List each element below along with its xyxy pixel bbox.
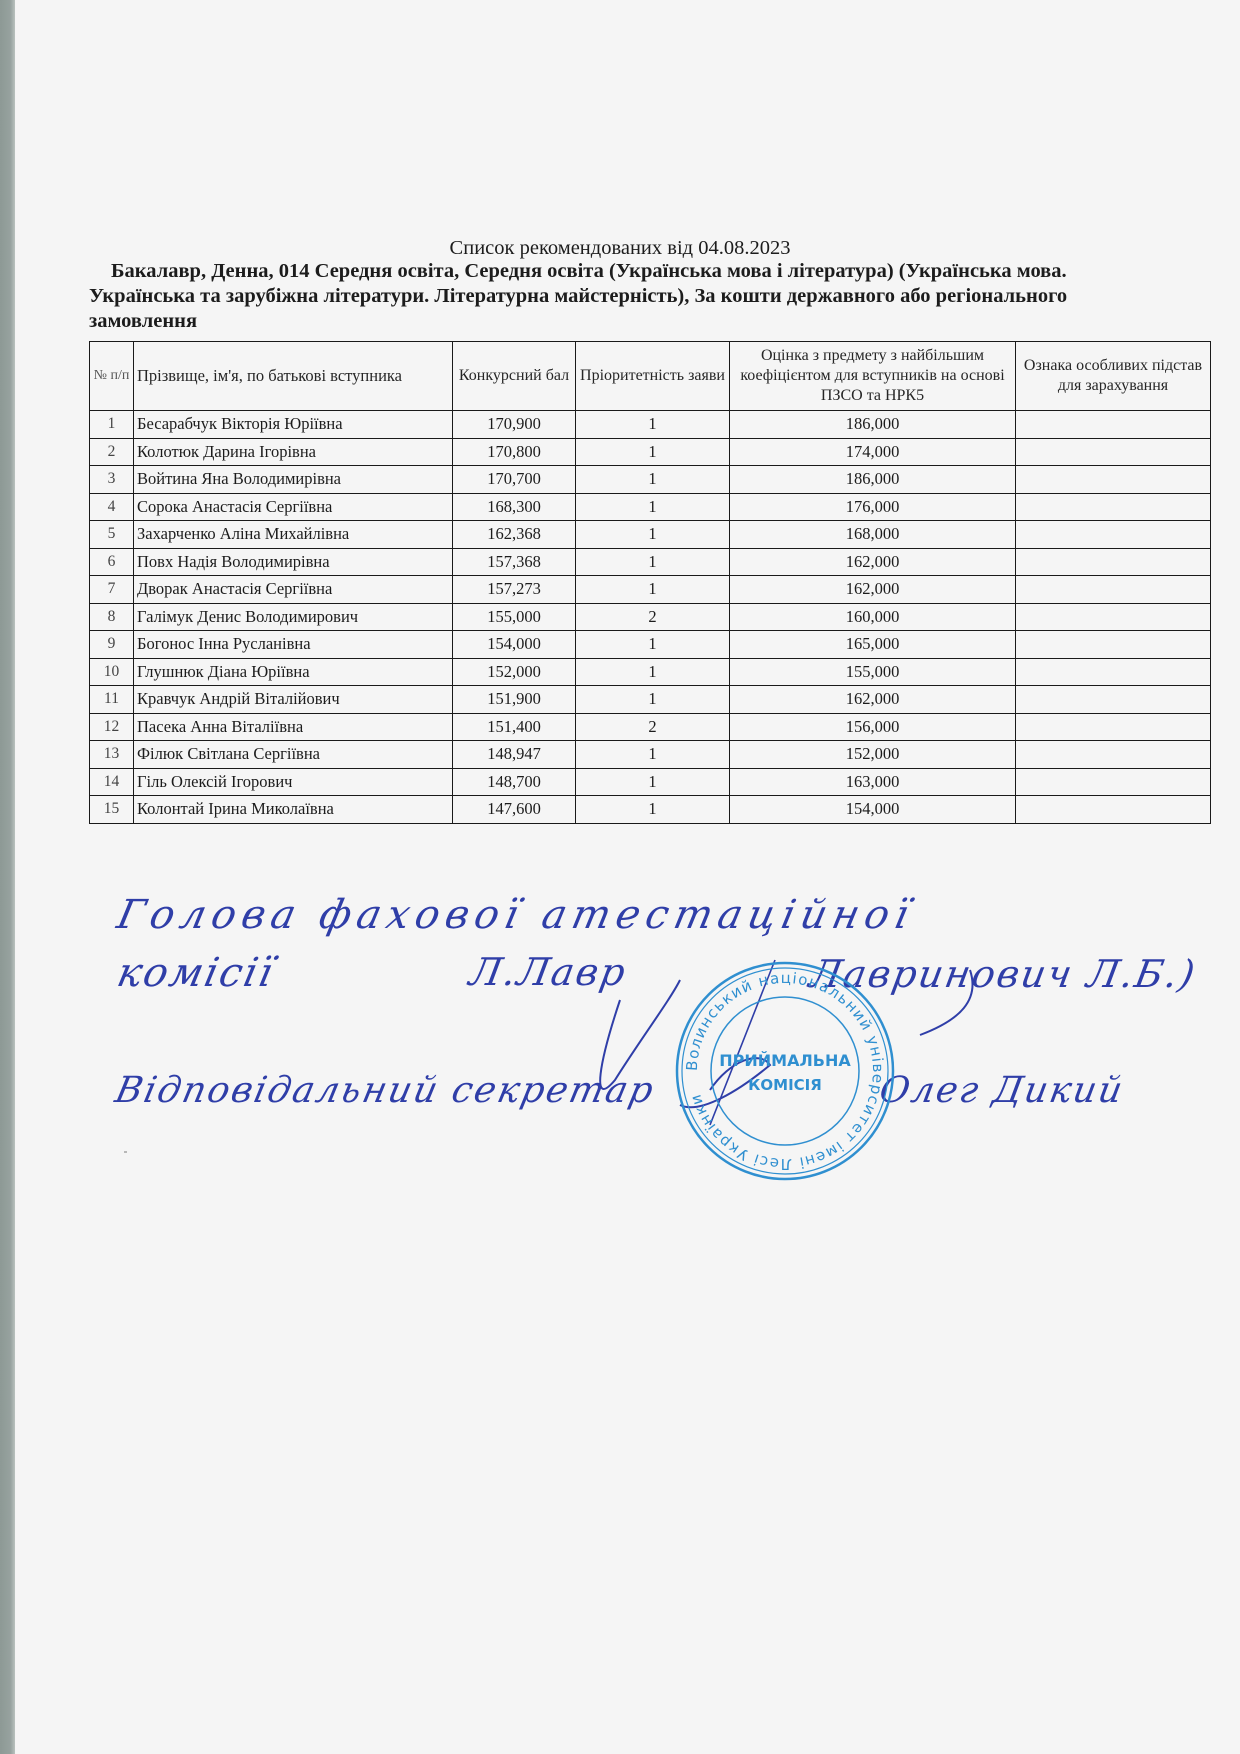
- cell-number: 11: [90, 686, 134, 714]
- cell-priority: 1: [576, 631, 730, 659]
- cell-subject-score: 162,000: [730, 576, 1016, 604]
- cell-score: 152,000: [453, 658, 576, 686]
- cell-priority: 1: [576, 658, 730, 686]
- cell-special-grounds: [1016, 603, 1211, 631]
- table-row: 2Колотюк Дарина Ігорівна170,8001174,000: [90, 438, 1211, 466]
- cell-number: 1: [90, 411, 134, 439]
- cell-priority: 1: [576, 438, 730, 466]
- cell-number: 2: [90, 438, 134, 466]
- cell-name: Богонос Інна Русланівна: [134, 631, 453, 659]
- cell-priority: 1: [576, 493, 730, 521]
- cell-subject-score: 160,000: [730, 603, 1016, 631]
- cell-name: Захарченко Аліна Михайлівна: [134, 521, 453, 549]
- cell-subject-score: 162,000: [730, 686, 1016, 714]
- cell-special-grounds: [1016, 768, 1211, 796]
- header-name: Прізвище, ім'я, по батькові вступника: [134, 342, 453, 411]
- table-row: 15Колонтай Ірина Миколаївна147,6001154,0…: [90, 796, 1211, 824]
- cell-number: 13: [90, 741, 134, 769]
- cell-priority: 1: [576, 768, 730, 796]
- cell-priority: 1: [576, 411, 730, 439]
- cell-score: 162,368: [453, 521, 576, 549]
- cell-score: 151,400: [453, 713, 576, 741]
- cell-name: Сорока Анастасія Сергіївна: [134, 493, 453, 521]
- cell-score: 155,000: [453, 603, 576, 631]
- table-row: 5Захарченко Аліна Михайлівна162,3681168,…: [90, 521, 1211, 549]
- table-row: 8Галімук Денис Володимирович155,0002160,…: [90, 603, 1211, 631]
- secretary-name: Олег Дикий: [876, 1070, 1127, 1111]
- cell-special-grounds: [1016, 576, 1211, 604]
- cell-priority: 1: [576, 686, 730, 714]
- cell-subject-score: 156,000: [730, 713, 1016, 741]
- cell-priority: 1: [576, 548, 730, 576]
- cell-subject-score: 168,000: [730, 521, 1016, 549]
- cell-score: 148,700: [453, 768, 576, 796]
- cell-subject-score: 176,000: [730, 493, 1016, 521]
- handwritten-chair-title: Голова фахової атестаційної: [113, 892, 919, 938]
- cell-subject-score: 174,000: [730, 438, 1016, 466]
- header-score: Конкурсний бал: [453, 342, 576, 411]
- table-row: 10Глушнюк Діана Юріївна152,0001155,000: [90, 658, 1211, 686]
- cell-name: Гіль Олексій Ігорович: [134, 768, 453, 796]
- table-row: 14Гіль Олексій Ігорович148,7001163,000: [90, 768, 1211, 796]
- header-priority: Пріоритетність заяви: [576, 342, 730, 411]
- cell-priority: 1: [576, 741, 730, 769]
- cell-special-grounds: [1016, 466, 1211, 494]
- chair-signature: Л.Лавр: [466, 950, 630, 994]
- handwritten-commission-word: комісії: [113, 950, 279, 996]
- cell-name: Колотюк Дарина Ігорівна: [134, 438, 453, 466]
- header-number: № п/п: [90, 342, 134, 411]
- cell-special-grounds: [1016, 411, 1211, 439]
- cell-subject-score: 155,000: [730, 658, 1016, 686]
- cell-name: Дворак Анастасія Сергіївна: [134, 576, 453, 604]
- header-special-grounds: Ознака особливих підстав для зарахування: [1016, 342, 1211, 411]
- document-title: Список рекомендованих від 04.08.2023: [0, 236, 1240, 260]
- cell-special-grounds: [1016, 713, 1211, 741]
- cell-name: Колонтай Ірина Миколаївна: [134, 796, 453, 824]
- cell-subject-score: 162,000: [730, 548, 1016, 576]
- cell-priority: 1: [576, 466, 730, 494]
- table-row: 13Філюк Світлана Сергіївна148,9471152,00…: [90, 741, 1211, 769]
- cell-score: 170,800: [453, 438, 576, 466]
- cell-subject-score: 163,000: [730, 768, 1016, 796]
- cell-special-grounds: [1016, 741, 1211, 769]
- cell-subject-score: 154,000: [730, 796, 1016, 824]
- cell-name: Бесарабчук Вікторія Юріївна: [134, 411, 453, 439]
- cell-special-grounds: [1016, 658, 1211, 686]
- scan-artifact: [124, 1151, 127, 1153]
- table-row: 9Богонос Інна Русланівна154,0001165,000: [90, 631, 1211, 659]
- table-row: 6Повх Надія Володимирівна157,3681162,000: [90, 548, 1211, 576]
- cell-name: Пасека Анна Віталіївна: [134, 713, 453, 741]
- cell-subject-score: 186,000: [730, 466, 1016, 494]
- cell-name: Кравчук Андрій Віталійович: [134, 686, 453, 714]
- cell-number: 9: [90, 631, 134, 659]
- table-row: 1Бесарабчук Вікторія Юріївна170,9001186,…: [90, 411, 1211, 439]
- cell-score: 170,900: [453, 411, 576, 439]
- table-header-row: № п/п Прізвище, ім'я, по батькові вступн…: [90, 342, 1211, 411]
- svg-text:ПРИЙМАЛЬНА: ПРИЙМАЛЬНА: [719, 1051, 851, 1070]
- cell-priority: 2: [576, 713, 730, 741]
- cell-special-grounds: [1016, 631, 1211, 659]
- recommended-list-table: № п/п Прізвище, ім'я, по батькові вступн…: [89, 341, 1211, 824]
- cell-score: 157,368: [453, 548, 576, 576]
- cell-subject-score: 186,000: [730, 411, 1016, 439]
- cell-score: 157,273: [453, 576, 576, 604]
- cell-subject-score: 152,000: [730, 741, 1016, 769]
- cell-special-grounds: [1016, 438, 1211, 466]
- scanner-edge-strip: [0, 0, 15, 1754]
- cell-number: 15: [90, 796, 134, 824]
- cell-name: Глушнюк Діана Юріївна: [134, 658, 453, 686]
- svg-text:КОМІСІЯ: КОМІСІЯ: [748, 1076, 822, 1094]
- cell-special-grounds: [1016, 548, 1211, 576]
- admission-committee-stamp: Волинський національний університет імен…: [672, 958, 898, 1184]
- cell-number: 6: [90, 548, 134, 576]
- cell-name: Войтина Яна Володимирівна: [134, 466, 453, 494]
- cell-number: 7: [90, 576, 134, 604]
- cell-special-grounds: [1016, 521, 1211, 549]
- cell-name: Філюк Світлана Сергіївна: [134, 741, 453, 769]
- cell-priority: 1: [576, 576, 730, 604]
- cell-score: 148,947: [453, 741, 576, 769]
- cell-special-grounds: [1016, 796, 1211, 824]
- svg-text:Волинський національний універ: Волинський національний університет імен…: [683, 969, 887, 1173]
- cell-number: 12: [90, 713, 134, 741]
- table-body: 1Бесарабчук Вікторія Юріївна170,9001186,…: [90, 411, 1211, 824]
- cell-number: 10: [90, 658, 134, 686]
- cell-name: Повх Надія Володимирівна: [134, 548, 453, 576]
- cell-special-grounds: [1016, 493, 1211, 521]
- handwritten-secretary-title: Відповідальний секретар: [112, 1070, 659, 1111]
- table-row: 4Сорока Анастасія Сергіївна168,3001176,0…: [90, 493, 1211, 521]
- cell-score: 168,300: [453, 493, 576, 521]
- table-row: 3Войтина Яна Володимирівна170,7001186,00…: [90, 466, 1211, 494]
- cell-number: 5: [90, 521, 134, 549]
- cell-priority: 1: [576, 796, 730, 824]
- cell-subject-score: 165,000: [730, 631, 1016, 659]
- table-row: 7Дворак Анастасія Сергіївна157,2731162,0…: [90, 576, 1211, 604]
- cell-number: 3: [90, 466, 134, 494]
- cell-number: 4: [90, 493, 134, 521]
- cell-score: 147,600: [453, 796, 576, 824]
- table-row: 11Кравчук Андрій Віталійович151,9001162,…: [90, 686, 1211, 714]
- table-row: 12Пасека Анна Віталіївна151,4002156,000: [90, 713, 1211, 741]
- document-subtitle: Бакалавр, Денна, 014 Середня освіта, Сер…: [89, 259, 1169, 334]
- cell-priority: 2: [576, 603, 730, 631]
- cell-special-grounds: [1016, 686, 1211, 714]
- cell-priority: 1: [576, 521, 730, 549]
- cell-name: Галімук Денис Володимирович: [134, 603, 453, 631]
- cell-score: 154,000: [453, 631, 576, 659]
- cell-number: 8: [90, 603, 134, 631]
- header-subject-score: Оцінка з предмету з найбільшим коефіцієн…: [730, 342, 1016, 411]
- stamp-icon: Волинський національний університет імен…: [672, 958, 898, 1184]
- cell-score: 170,700: [453, 466, 576, 494]
- cell-number: 14: [90, 768, 134, 796]
- cell-score: 151,900: [453, 686, 576, 714]
